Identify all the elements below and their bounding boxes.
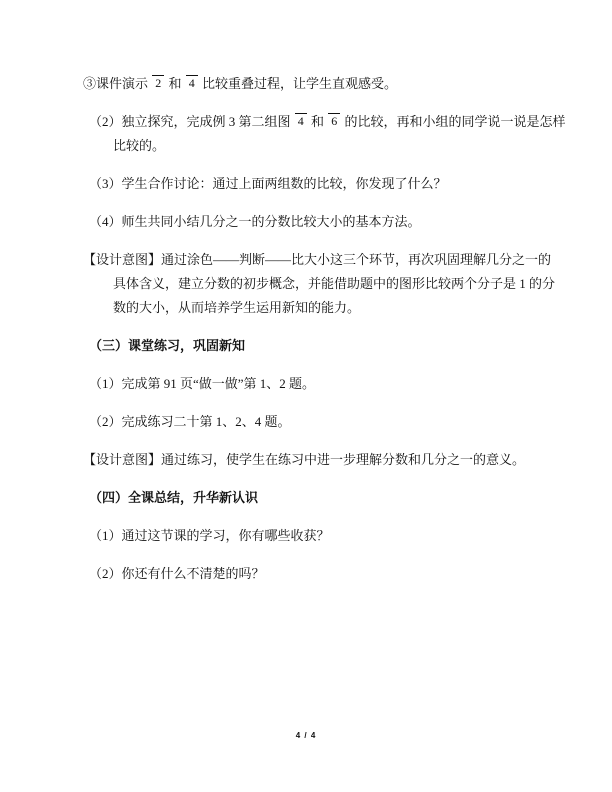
text-line: （2）完成练习二十第 1、2、4 题。 xyxy=(83,410,536,434)
paragraph-teacher-student-summary: （4）师生共同小结几分之一的分数比较大小的基本方法。 xyxy=(83,210,536,234)
text-run: 比较的。 xyxy=(113,138,165,153)
text-line: 数的大小，从而培养学生运用新知的能力。 xyxy=(83,296,536,320)
text-run: 【设计意图】通过涂色——判断——比大小这三个环节，再次巩固理解几分之一的 xyxy=(83,252,551,267)
text-run: （1）通过这节课的学习，你有哪些收获？ xyxy=(89,528,330,543)
text-run: （4）师生共同小结几分之一的分数比较大小的基本方法。 xyxy=(89,214,421,229)
text-line: （2）你还有什么不清楚的吗？ xyxy=(83,562,536,586)
paragraph-courseware-demo: ③课件演示 2 和 4 比较重叠过程，让学生直观感受。 xyxy=(83,72,536,96)
page-number-footer: 4 / 4 xyxy=(0,731,612,740)
text-line: 比较的。 xyxy=(83,134,536,158)
text-line: 具体含义，建立分数的初步概念，并能借助题中的图形比较两个分子是 1 的分 xyxy=(83,272,536,296)
text-run: （三）课堂练习，巩固新知 xyxy=(89,338,245,353)
text-run: （3）学生合作讨论：通过上面两组数的比较，你发现了什么？ xyxy=(89,176,447,191)
paragraph-independent-exploration: （2）独立探究，完成例 3 第二组图 4 和 6 的比较，再和小组的同学说一说是… xyxy=(83,110,536,158)
text-run: （2）完成练习二十第 1、2、4 题。 xyxy=(89,414,291,429)
paragraph-practice-item-2: （2）完成练习二十第 1、2、4 题。 xyxy=(83,410,536,434)
text-line: （4）师生共同小结几分之一的分数比较大小的基本方法。 xyxy=(83,210,536,234)
paragraph-practice-item-1: （1）完成第 91 页“做一做”第 1、2 题。 xyxy=(83,372,536,396)
document-body: ③课件演示 2 和 4 比较重叠过程，让学生直观感受。 （2）独立探究，完成例 … xyxy=(83,72,536,600)
text-run: （1）完成第 91 页“做一做”第 1、2 题。 xyxy=(89,376,315,391)
text-run: 和 xyxy=(165,76,185,91)
text-line: （3）学生合作讨论：通过上面两组数的比较，你发现了什么？ xyxy=(83,172,536,196)
text-line: 【设计意图】通过涂色——判断——比大小这三个环节，再次巩固理解几分之一的 xyxy=(83,248,536,272)
section-heading: （三）课堂练习，巩固新知 xyxy=(83,334,536,358)
text-line: （1）通过这节课的学习，你有哪些收获？ xyxy=(83,524,536,548)
paragraph-summary-question-1: （1）通过这节课的学习，你有哪些收获？ xyxy=(83,524,536,548)
text-run: 数的大小，从而培养学生运用新知的能力。 xyxy=(113,300,360,315)
document-page: ③课件演示 2 和 4 比较重叠过程，让学生直观感受。 （2）独立探究，完成例 … xyxy=(0,0,612,792)
text-run: 具体含义，建立分数的初步概念，并能借助题中的图形比较两个分子是 1 的分 xyxy=(113,276,555,291)
section-heading: （四）全课总结，升华新认识 xyxy=(83,486,536,510)
section-heading-lesson-summary: （四）全课总结，升华新认识 xyxy=(83,486,536,510)
text-run: 比较重叠过程，让学生直观感受。 xyxy=(199,76,397,91)
fraction-denominator-4: 4 xyxy=(186,75,198,90)
text-run: 【设计意图】通过练习，使学生在练习中进一步理解分数和几分之一的意义。 xyxy=(83,452,525,467)
text-line: （2）独立探究，完成例 3 第二组图 4 和 6 的比较，再和小组的同学说一说是… xyxy=(83,110,536,134)
paragraph-summary-question-2: （2）你还有什么不清楚的吗？ xyxy=(83,562,536,586)
fraction-denominator-4: 4 xyxy=(295,113,307,128)
fraction-denominator-6: 6 xyxy=(328,113,340,128)
text-line: （1）完成第 91 页“做一做”第 1、2 题。 xyxy=(83,372,536,396)
text-run: （2）独立探究，完成例 3 第二组图 xyxy=(89,114,294,129)
design-intent-note-2: 【设计意图】通过练习，使学生在练习中进一步理解分数和几分之一的意义。 xyxy=(83,448,536,472)
text-run: 和 xyxy=(308,114,328,129)
text-line: ③课件演示 2 和 4 比较重叠过程，让学生直观感受。 xyxy=(83,72,536,96)
text-run: （四）全课总结，升华新认识 xyxy=(89,490,258,505)
text-line: 【设计意图】通过练习，使学生在练习中进一步理解分数和几分之一的意义。 xyxy=(83,448,536,472)
text-run: 的比较，再和小组的同学说一说是怎样 xyxy=(341,114,565,129)
text-run: （2）你还有什么不清楚的吗？ xyxy=(89,566,265,581)
fraction-denominator-2: 2 xyxy=(152,75,164,90)
text-run: ③课件演示 xyxy=(83,76,151,91)
section-heading-classroom-practice: （三）课堂练习，巩固新知 xyxy=(83,334,536,358)
paragraph-group-discussion: （3）学生合作讨论：通过上面两组数的比较，你发现了什么？ xyxy=(83,172,536,196)
design-intent-note-1: 【设计意图】通过涂色——判断——比大小这三个环节，再次巩固理解几分之一的 具体含… xyxy=(83,248,536,320)
